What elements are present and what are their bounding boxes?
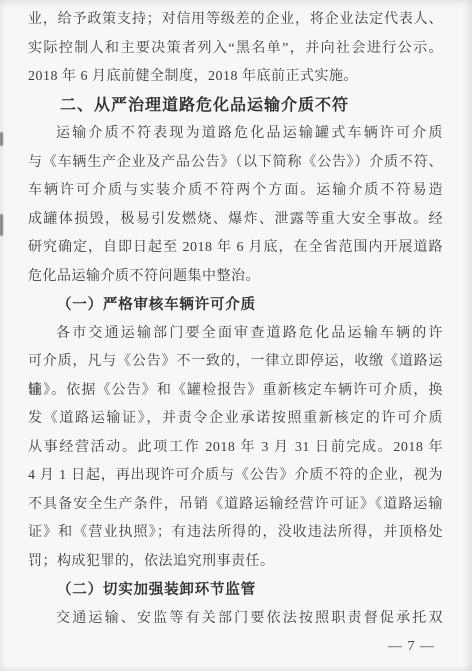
page-number: — 7 — [28,637,443,657]
text-line: 运输介质不符表现为道路危化品运输罐式车辆许可介质 [28,120,443,149]
scan-artifact [0,214,3,236]
text-line: 从事经营活动。此项工作 2018 年 3 月 31 日前完成。2018 年 [28,434,443,463]
text-line: 成罐体损毁，极易引发燃烧、爆炸、泄露等重大安全事故。经 [28,206,443,235]
text-line: 业，给予政策支持；对信用等级差的企业，将企业法定代表人、 [28,6,443,35]
text-line: 证》和《营业执照》；有违法所得的，没收违法所得，并顶格处 [28,519,443,548]
text-line: 可介质，凡与《公告》不一致的，一律立即停运，收缴《道路运输 [28,348,443,377]
text-line: 交通运输、安监等有关部门要依法按照职责督促承托双 [28,605,443,634]
text-line: 各市交通运输部门要全面审查道路危化品运输车辆的许 [28,320,443,349]
text-line: 实际控制人和主要决策者列入“黑名单”，并向社会进行公示。 [28,35,443,64]
section-heading: （二）切实加强装卸环节监管 [28,576,443,605]
text-line: 危化品运输介质不符问题集中整治。 [28,263,443,292]
scan-artifact [0,132,3,146]
text-line: 4 月 1 日起，再出现许可介质与《公告》介质不符的企业，视为 [28,462,443,491]
text-line: 不具备安全生产条件，吊销《道路运输经营许可证》《道路运输 [28,491,443,520]
document-page: 业，给予政策支持；对信用等级差的企业，将企业法定代表人、实际控制人和主要决策者列… [0,0,472,671]
text-line: 罚；构成犯罪的，依法追究刑事责任。 [28,548,443,577]
text-line: 证》。依据《公告》和《罐检报告》重新核定车辆许可介质，换 [28,377,443,406]
document-body: 业，给予政策支持；对信用等级差的企业，将企业法定代表人、实际控制人和主要决策者列… [28,6,443,633]
text-line: 与《车辆生产企业及产品公告》（以下简称《公告》）介质不符、 [28,149,443,178]
text-line: 研究确定，自即日起至 2018 年 6 月底，在全省范围内开展道路 [28,234,443,263]
text-line: 2018 年 6 月底前健全制度，2018 年底前正式实施。 [28,63,443,92]
text-line: 车辆许可介质与实装介质不符两个方面。运输介质不符易造 [28,177,443,206]
text-line: 发《道路运输证》，并责令企业承诺按照重新核定的许可介质 [28,405,443,434]
section-heading: 二、从严治理道路危化品运输介质不符 [28,92,443,121]
section-heading: （一）严格审核车辆许可介质 [28,291,443,320]
